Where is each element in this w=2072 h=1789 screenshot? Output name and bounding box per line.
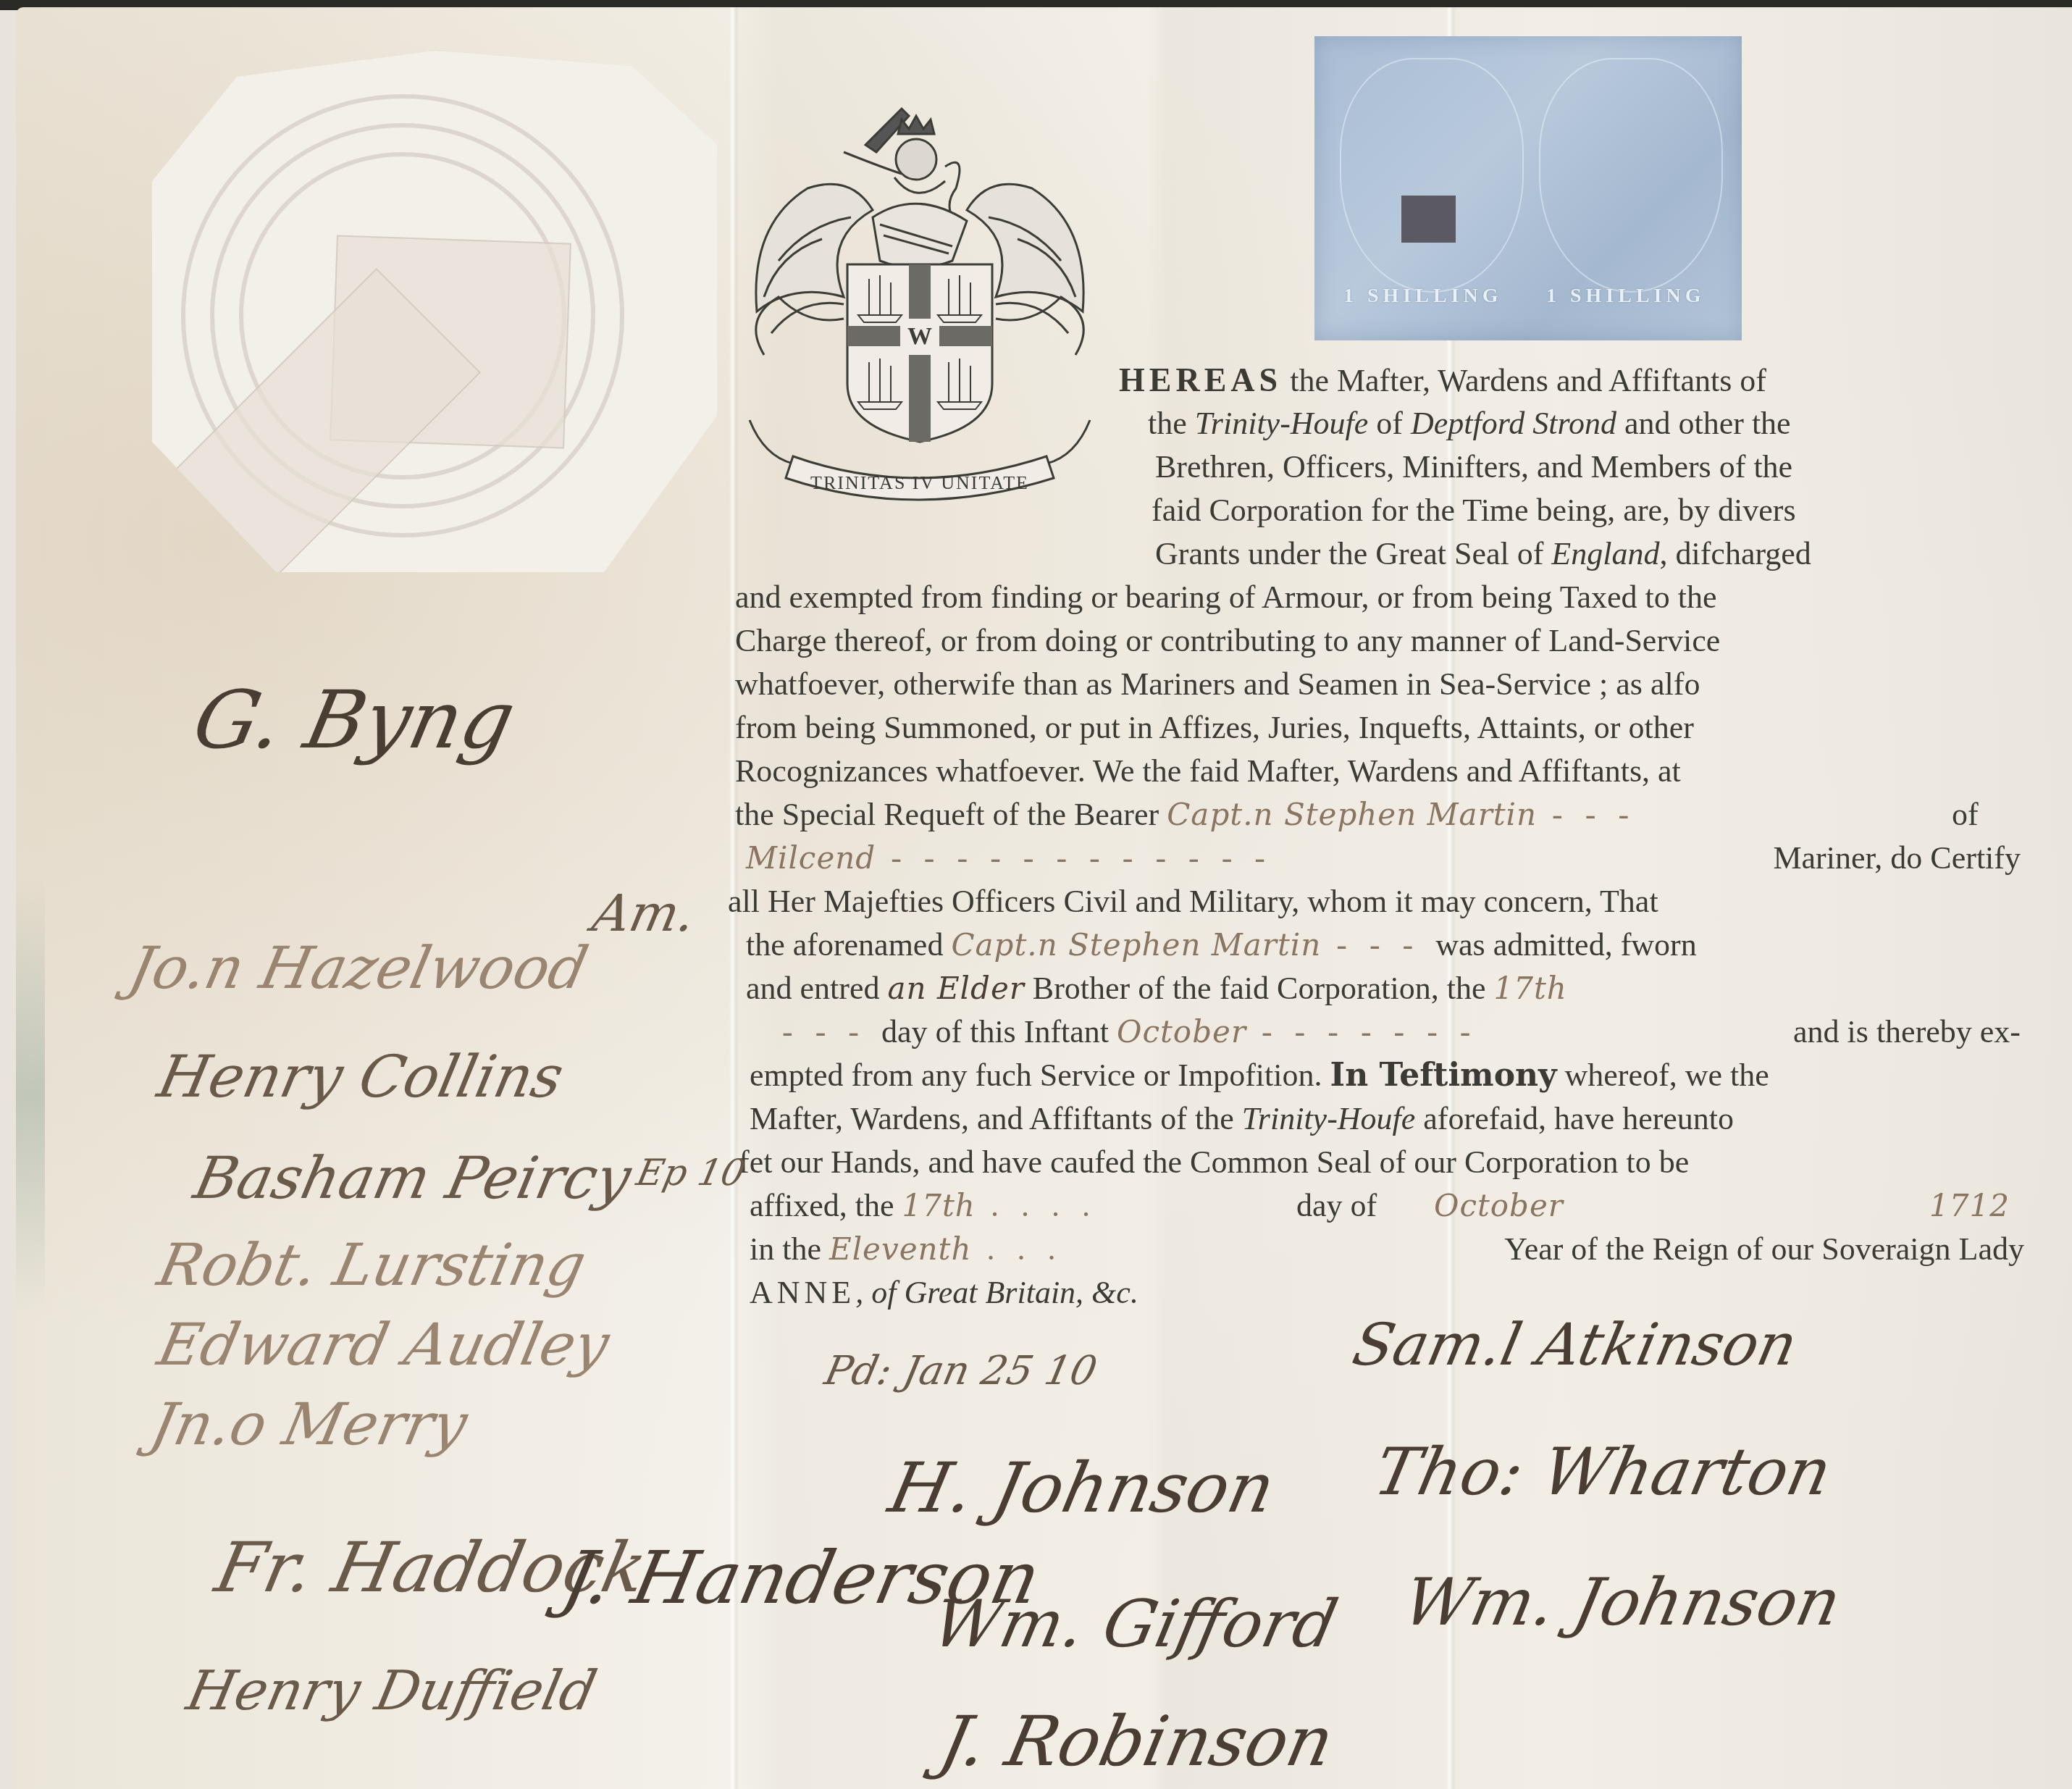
coat-of-arms-icon: TRINITAS IV UNITATE W [735, 80, 1104, 514]
body-line-9: from being Summoned, or put in Affizes, … [735, 706, 1694, 750]
signature-wharton: Tho: Wharton [1368, 1434, 1838, 1510]
place-fill: Milcend [746, 840, 876, 876]
crest-motto: TRINITAS IV UNITATE [810, 472, 1029, 493]
signature-gifford: Wm. Gifford [926, 1586, 1344, 1662]
month-fill: October [1117, 1014, 1246, 1049]
annotation-paid: Pd: Jan 25 10 [821, 1347, 1101, 1394]
signature-w-johnson: Wm. Johnson [1397, 1564, 1847, 1641]
signature-peircy: Basham Peircy [188, 1144, 637, 1212]
body-line-14: the aforenamed Capt.n Stephen Martin - -… [746, 923, 1697, 967]
signature-duffield: Henry Duffield [182, 1659, 603, 1722]
signature-robinson: J. Robinson [933, 1702, 1341, 1782]
annotation-ep10: Ep 10 [633, 1152, 749, 1194]
body-line-5: Grants under the Great Seal of England, … [1155, 532, 1811, 576]
body-line-15: and entred an Elder Brother of the faid … [746, 967, 1567, 1010]
body-line-21: in the Eleventh . . . Year of the Reign … [750, 1228, 2024, 1271]
body-line-1: HEREAS the Mafter, Wardens and Affiftant… [1119, 359, 1766, 403]
signature-collins: Henry Collins [152, 1043, 569, 1110]
shield-letter: W [907, 323, 932, 350]
body-line-4: faid Corporation for the Time being, are… [1152, 489, 1796, 532]
signature-lursting: Robt. Lursting [152, 1231, 592, 1299]
body-line-18: Mafter, Wardens, and Affiftants of the T… [750, 1097, 1734, 1141]
body-line-17: empted from any fuch Service or Impofiti… [750, 1054, 1769, 1097]
body-line-19: fet our Hands, and have caufed the Commo… [739, 1141, 1689, 1184]
body-line-11: the Special Requeft of the Bearer Capt.n… [735, 793, 1636, 837]
body-line-8: whatfoever, otherwife than as Mariners a… [735, 663, 1700, 706]
body-line-12: Milcend - - - - - - - - - - - - Mariner,… [746, 837, 2021, 880]
rank-fill: an Elder [887, 971, 1024, 1006]
signature-merry: Jn.o Merry [145, 1391, 473, 1458]
annotation-am: Am. [587, 884, 701, 943]
body-line-3: Brethren, Officers, Minifters, and Membe… [1155, 445, 1792, 489]
edge-stain [16, 876, 45, 1311]
stamp-label-left: 1 SHILLING [1343, 285, 1503, 308]
day-fill-2: 17th [902, 1188, 976, 1223]
stamp-label-right: 1 SHILLING [1546, 285, 1706, 308]
year-fill: 1712 [1929, 1184, 2010, 1228]
body-line-2: the Trinity-Houfe of Deptford Strond and… [1148, 402, 1791, 445]
body-line-10: Rocognizances whatfoever. We the faid Ma… [735, 750, 1681, 793]
day-fill: 17th [1493, 971, 1566, 1006]
body-line-13: all Her Majefties Officers Civil and Mil… [728, 880, 1658, 923]
bearer-name-fill-2: Capt.n Stephen Martin [951, 927, 1321, 963]
embossed-tax-stamp: 1 SHILLING 1 SHILLING [1314, 36, 1742, 340]
stamp-arms-right-icon [1539, 58, 1723, 293]
body-line-20: affixed, the 17th . . . . day of October… [750, 1184, 2024, 1228]
signature-byng: G. Byng [185, 674, 522, 766]
month-fill-2: October [1434, 1184, 1564, 1228]
stamp-arms-left-icon [1340, 58, 1524, 293]
body-line-7: Charge thereof, or from doing or contrib… [735, 619, 1720, 663]
signature-h-johnson: H. Johnson [882, 1449, 1281, 1528]
signature-audley: Edward Audley [152, 1311, 615, 1378]
body-line-16: - - - day of this Inftant October - - - … [782, 1010, 2021, 1054]
bearer-name-fill: Capt.n Stephen Martin [1167, 797, 1537, 832]
signature-atkinson: Sam.l Atkinson [1347, 1311, 1803, 1378]
reign-year-fill: Eleventh [829, 1231, 972, 1267]
body-line-22: ANNE, of Great Britain, &c. [750, 1271, 1138, 1315]
signature-hazelwood: Jo.n Hazelwood [123, 934, 594, 1002]
stamp-lead-patch [1401, 196, 1456, 243]
trinity-house-crest: TRINITAS IV UNITATE W [735, 80, 1104, 514]
embossed-paper-seal [152, 51, 717, 572]
body-line-6: and exempted from finding or bearing of … [735, 576, 1717, 619]
